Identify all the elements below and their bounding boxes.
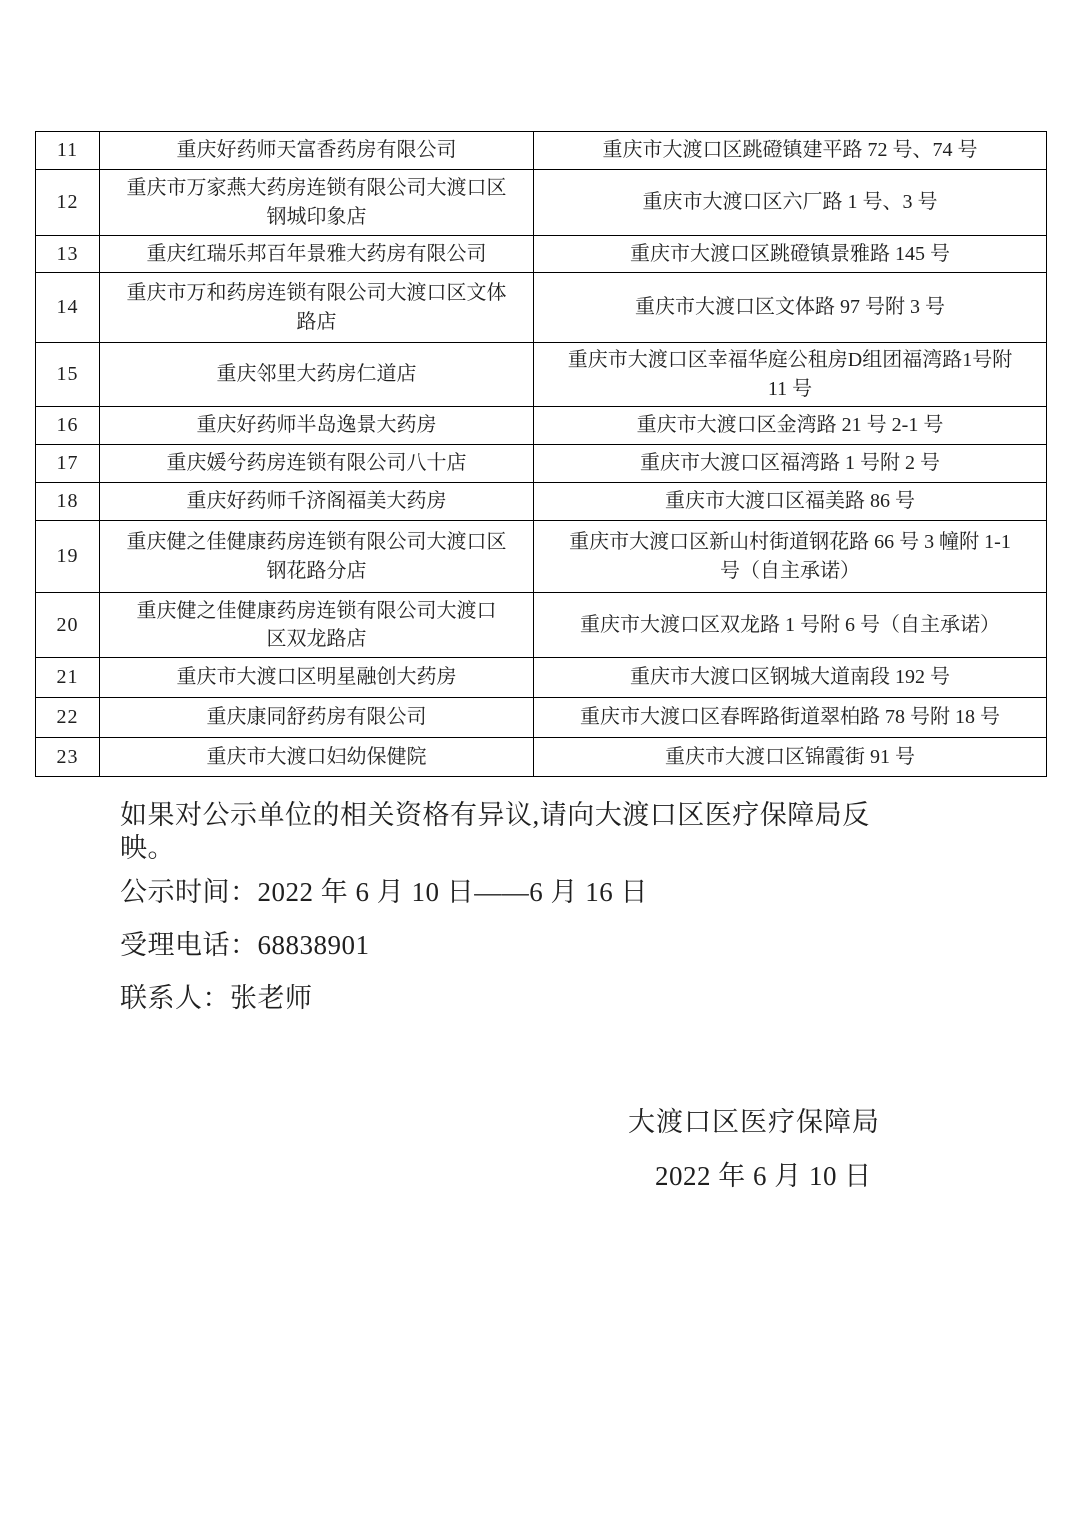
org-name: 重庆红瑞乐邦百年景雅大药房有限公司: [100, 236, 534, 273]
table-row: 16 重庆好药师半岛逸景大药房 重庆市大渡口区金湾路 21 号 2-1 号: [36, 407, 1047, 445]
table-row: 20 重庆健之佳健康药房连锁有限公司大渡口 区双龙路店 重庆市大渡口区双龙路 1…: [36, 593, 1047, 658]
row-number: 11: [36, 132, 100, 170]
org-address: 重庆市大渡口区春晖路街道翠柏路 78 号附 18 号: [534, 698, 1047, 738]
row-number: 14: [36, 273, 100, 343]
row-number: 21: [36, 658, 100, 698]
table-row: 22 重庆康同舒药房有限公司 重庆市大渡口区春晖路街道翠柏路 78 号附 18 …: [36, 698, 1047, 738]
org-address: 重庆市大渡口区福美路 86 号: [534, 483, 1047, 521]
row-number: 15: [36, 343, 100, 407]
table-row: 23 重庆市大渡口妇幼保健院 重庆市大渡口区锦霞街 91 号: [36, 738, 1047, 777]
org-name: 重庆健之佳健康药房连锁有限公司大渡口 区双龙路店: [100, 593, 534, 658]
table-row: 12 重庆市万家燕大药房连锁有限公司大渡口区 钢城印象店 重庆市大渡口区六厂路 …: [36, 170, 1047, 236]
org-address: 重庆市大渡口区六厂路 1 号、3 号: [534, 170, 1047, 236]
row-number: 20: [36, 593, 100, 658]
org-address: 重庆市大渡口区双龙路 1 号附 6 号（自主承诺）: [534, 593, 1047, 658]
publicity-period: 公示时间：2022 年 6 月 10 日——6 月 16 日: [120, 876, 648, 909]
table-row: 21 重庆市大渡口区明星融创大药房 重庆市大渡口区钢城大道南段 192 号: [36, 658, 1047, 698]
org-name: 重庆好药师千济阁福美大药房: [100, 483, 534, 521]
org-address: 重庆市大渡口区钢城大道南段 192 号: [534, 658, 1047, 698]
org-name: 重庆邻里大药房仁道店: [100, 343, 534, 407]
row-number: 22: [36, 698, 100, 738]
issue-date: 2022 年 6 月 10 日: [655, 1160, 872, 1193]
org-address: 重庆市大渡口区福湾路 1 号附 2 号: [534, 445, 1047, 483]
objection-notice: 如果对公示单位的相关资格有异议,请向大渡口区医疗保障局反 映。: [120, 799, 960, 865]
org-name: 重庆好药师天富香药房有限公司: [100, 132, 534, 170]
org-address: 重庆市大渡口区新山村街道钢花路 66 号 3 幢附 1-1 号（自主承诺）: [534, 521, 1047, 593]
table-row: 15 重庆邻里大药房仁道店 重庆市大渡口区幸福华庭公租房D组团福湾路1号附 11…: [36, 343, 1047, 407]
org-name: 重庆市大渡口妇幼保健院: [100, 738, 534, 777]
document-page: 11 重庆好药师天富香药房有限公司 重庆市大渡口区跳磴镇建平路 72 号、74 …: [0, 0, 1074, 1520]
table-row: 14 重庆市万和药房连锁有限公司大渡口区文体 路店 重庆市大渡口区文体路 97 …: [36, 273, 1047, 343]
issuer-signature: 大渡口区医疗保障局: [628, 1106, 880, 1139]
org-name: 重庆市大渡口区明星融创大药房: [100, 658, 534, 698]
table-row: 19 重庆健之佳健康药房连锁有限公司大渡口区 钢花路分店 重庆市大渡口区新山村街…: [36, 521, 1047, 593]
row-number: 13: [36, 236, 100, 273]
table-row: 17 重庆媛兮药房连锁有限公司八十店 重庆市大渡口区福湾路 1 号附 2 号: [36, 445, 1047, 483]
row-number: 17: [36, 445, 100, 483]
row-number: 23: [36, 738, 100, 777]
org-address: 重庆市大渡口区锦霞街 91 号: [534, 738, 1047, 777]
org-address: 重庆市大渡口区金湾路 21 号 2-1 号: [534, 407, 1047, 445]
contact-phone: 受理电话：68838901: [120, 929, 370, 962]
org-address: 重庆市大渡口区跳磴镇景雅路 145 号: [534, 236, 1047, 273]
org-address: 重庆市大渡口区幸福华庭公租房D组团福湾路1号附 11 号: [534, 343, 1047, 407]
org-name: 重庆市万和药房连锁有限公司大渡口区文体 路店: [100, 273, 534, 343]
row-number: 12: [36, 170, 100, 236]
org-name: 重庆市万家燕大药房连锁有限公司大渡口区 钢城印象店: [100, 170, 534, 236]
table-row: 11 重庆好药师天富香药房有限公司 重庆市大渡口区跳磴镇建平路 72 号、74 …: [36, 132, 1047, 170]
org-name: 重庆好药师半岛逸景大药房: [100, 407, 534, 445]
pharmacy-table: 11 重庆好药师天富香药房有限公司 重庆市大渡口区跳磴镇建平路 72 号、74 …: [35, 131, 1047, 777]
table-row: 13 重庆红瑞乐邦百年景雅大药房有限公司 重庆市大渡口区跳磴镇景雅路 145 号: [36, 236, 1047, 273]
row-number: 18: [36, 483, 100, 521]
org-name: 重庆健之佳健康药房连锁有限公司大渡口区 钢花路分店: [100, 521, 534, 593]
row-number: 19: [36, 521, 100, 593]
org-name: 重庆康同舒药房有限公司: [100, 698, 534, 738]
table-row: 18 重庆好药师千济阁福美大药房 重庆市大渡口区福美路 86 号: [36, 483, 1047, 521]
org-address: 重庆市大渡口区文体路 97 号附 3 号: [534, 273, 1047, 343]
row-number: 16: [36, 407, 100, 445]
org-address: 重庆市大渡口区跳磴镇建平路 72 号、74 号: [534, 132, 1047, 170]
org-name: 重庆媛兮药房连锁有限公司八十店: [100, 445, 534, 483]
contact-person: 联系人：张老师: [120, 982, 313, 1015]
